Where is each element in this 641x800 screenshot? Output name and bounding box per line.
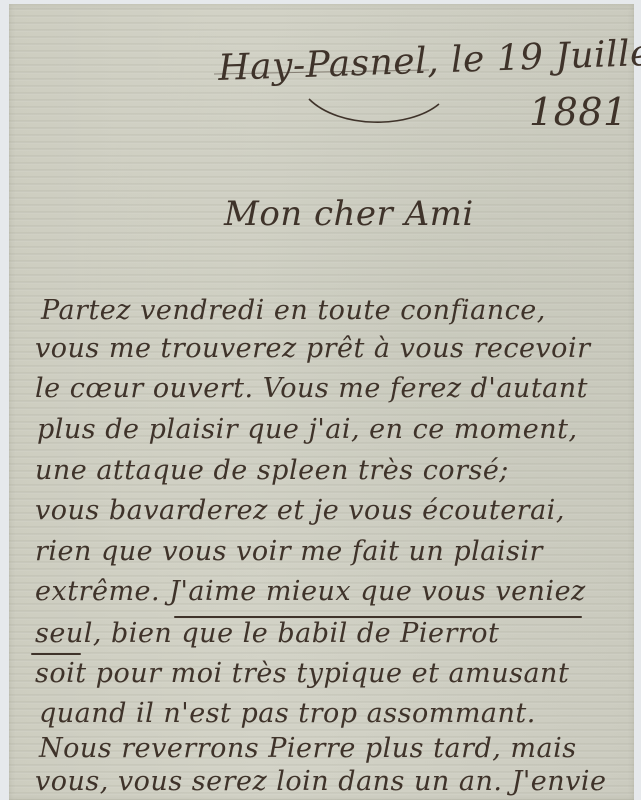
place-date: Hay-Pasnel, le 19 Juillet: [218, 32, 641, 89]
body-line-11: quand il n'est pas trop assommant.: [39, 699, 536, 729]
body-line-13: vous, vous serez loin dans un an. J'envi…: [35, 767, 606, 797]
body-line-3: le cœur ouvert. Vous me ferez d'autant: [35, 374, 588, 404]
year: 1881: [529, 90, 628, 134]
body-line-2: vous me trouverez prêt à vous recevoir: [35, 334, 590, 364]
body-line-5: une attaque de spleen très corsé;: [35, 456, 509, 486]
salutation: Mon cher Ami: [224, 194, 474, 234]
body-line-9: seul, bien que le babil de Pierrot: [35, 619, 499, 649]
body-line-10: soit pour moi très typique et amusant: [35, 659, 569, 689]
letter-paper: Hay-Pasnel, le 19 Juillet 1881 Mon cher …: [9, 4, 634, 800]
letter-photo: Hay-Pasnel, le 19 Juillet 1881 Mon cher …: [0, 0, 641, 800]
body-line-6: vous bavarderez et je vous écouterai,: [35, 496, 565, 526]
underline-seul: [31, 653, 81, 655]
body-line-12: Nous reverrons Pierre plus tard, mais: [39, 734, 577, 764]
body-line-1: Partez vendredi en toute confiance,: [41, 296, 546, 326]
body-line-7: rien que vous voir me fait un plaisir: [35, 537, 543, 567]
body-line-4: plus de plaisir que j'ai, en ce moment,: [37, 415, 578, 445]
body-line-8: extrême. J'aime mieux que vous veniez: [35, 577, 586, 607]
